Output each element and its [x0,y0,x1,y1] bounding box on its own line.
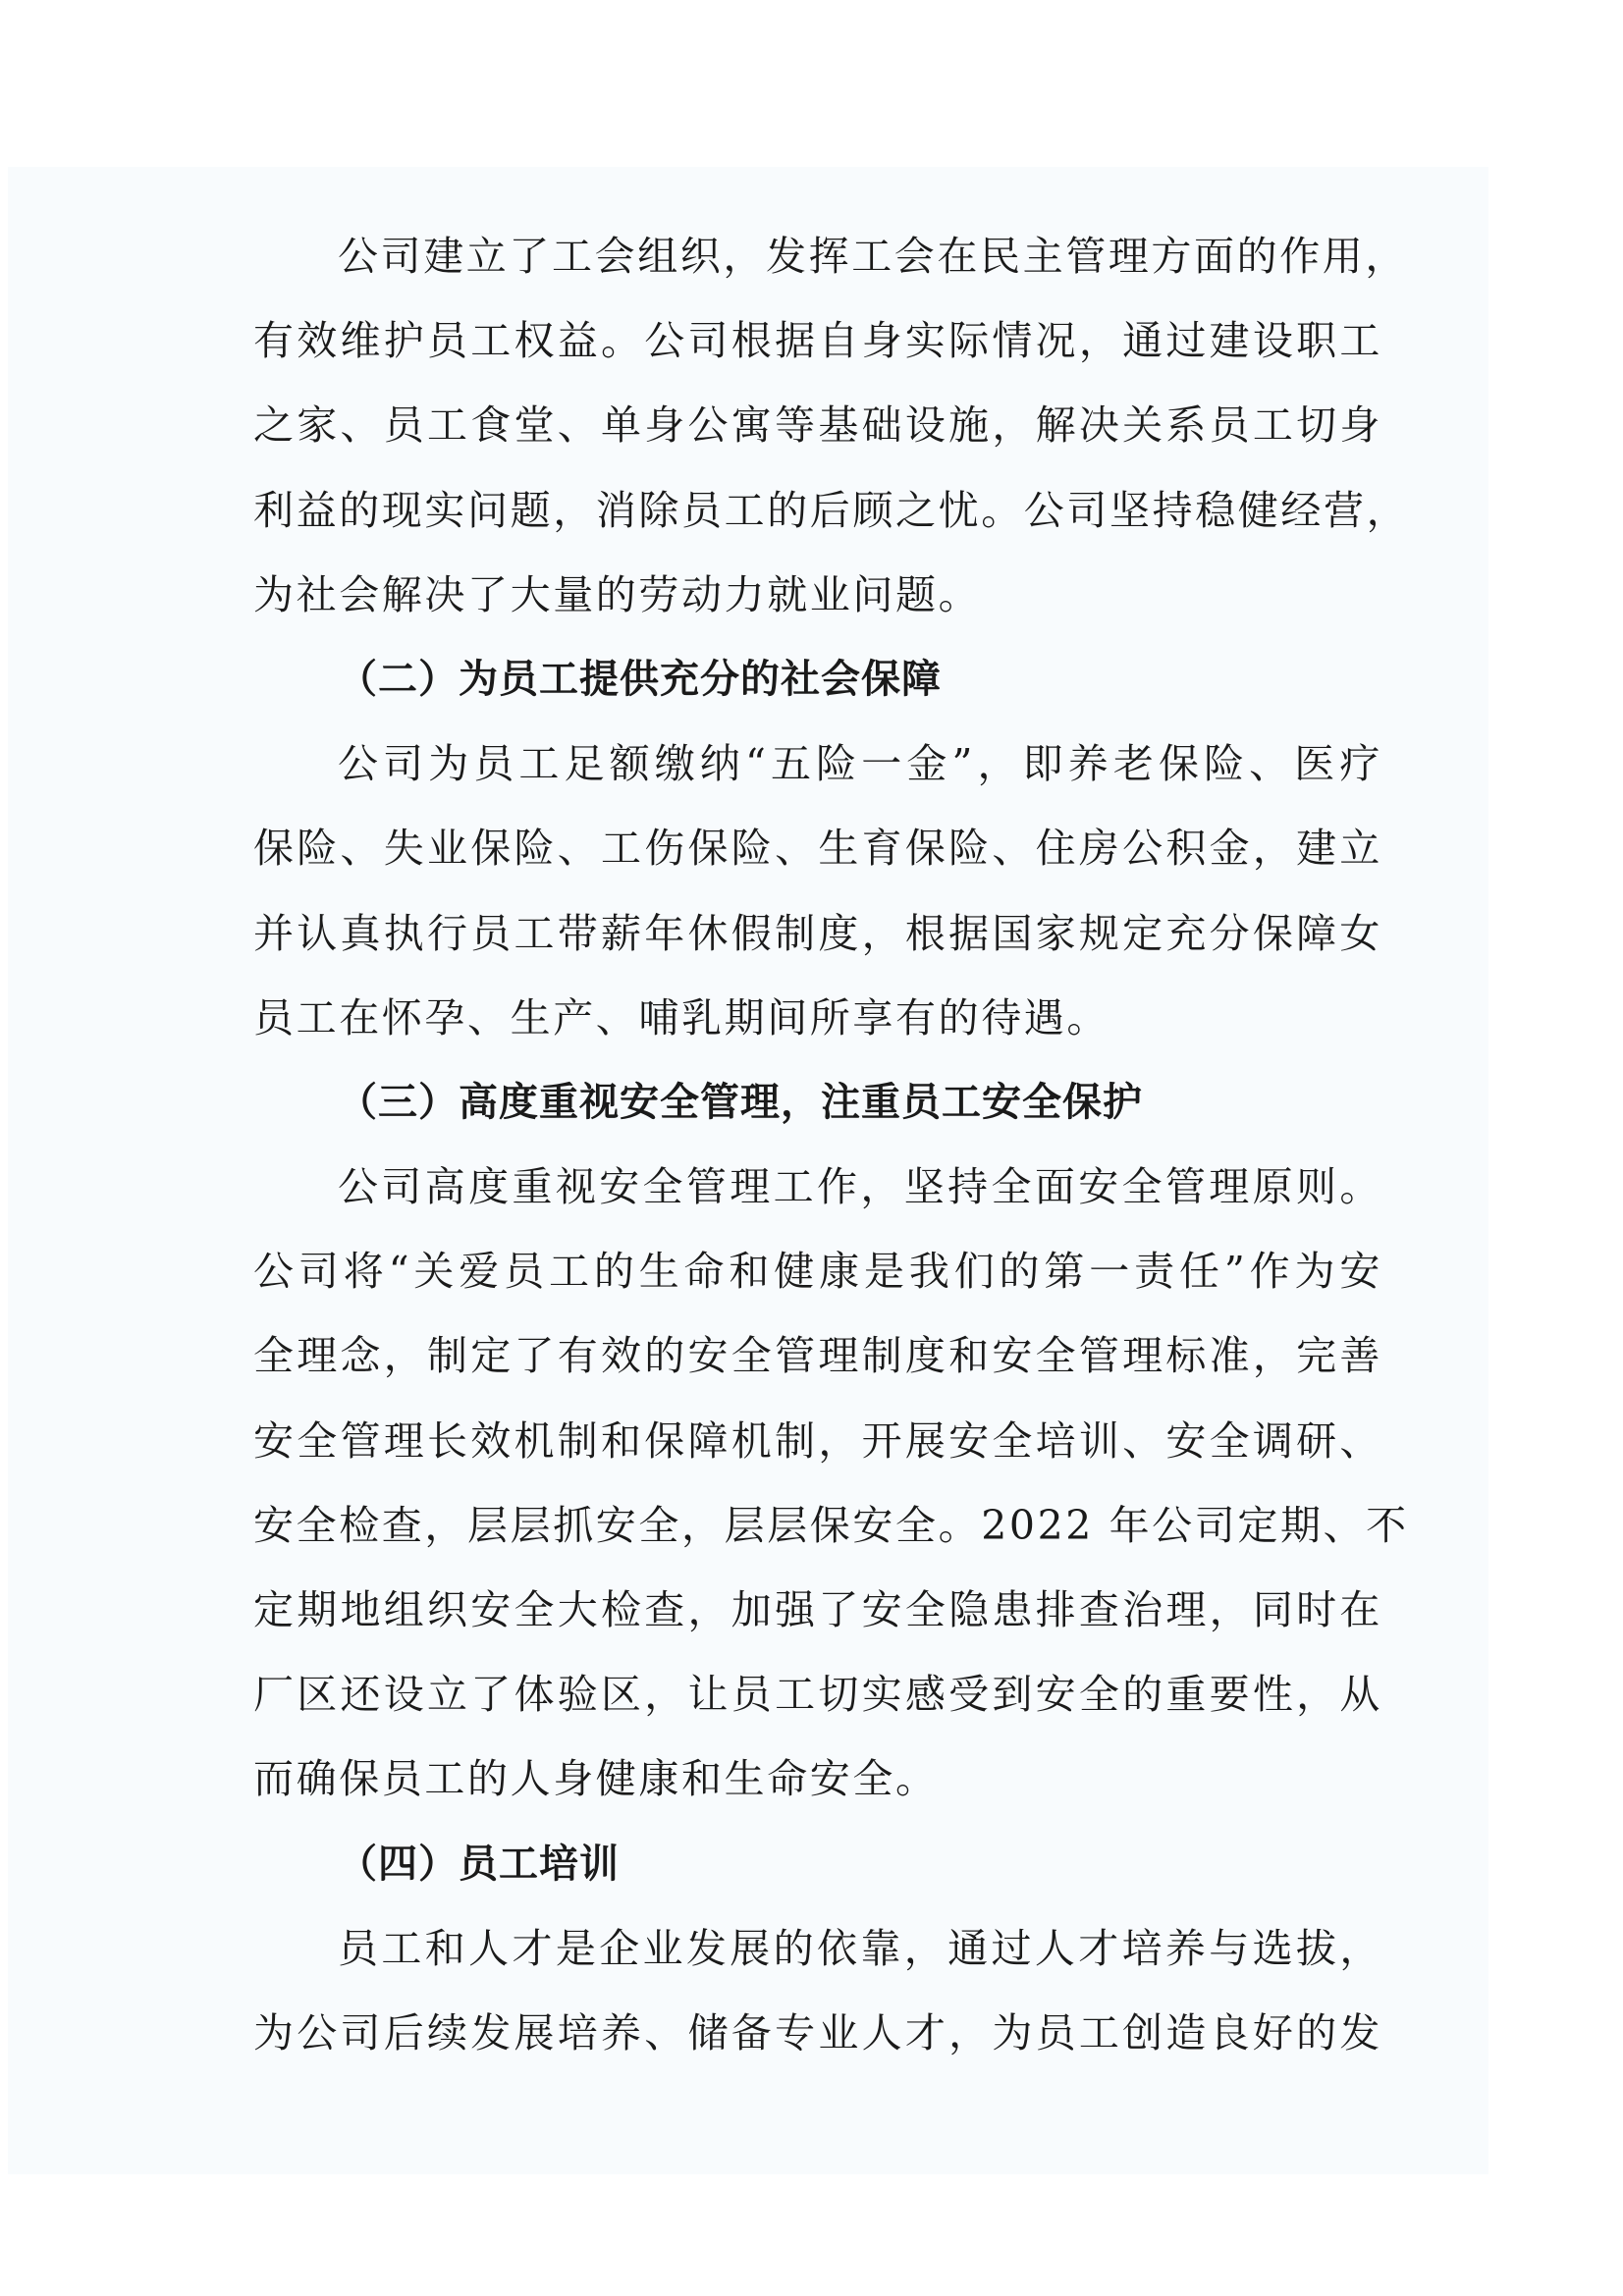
paragraph-line: 公司高度重视安全管理工作，坚持全面安全管理原则。 [253,1145,1382,1229]
document-body: 公司建立了工会组织，发挥工会在民主管理方面的作用， 有效维护员工权益。公司根据自… [253,214,1382,2075]
paragraph-line: 安全管理长效机制和保障机制，开展安全培训、安全调研、 [253,1399,1382,1483]
paragraph-line: 安全检查，层层抓安全，层层保安全。2022 年公司定期、不 [253,1483,1382,1568]
paragraph-line: 全理念，制定了有效的安全管理制度和安全管理标准，完善 [253,1313,1382,1398]
paragraph-line: 公司将“关爱员工的生命和健康是我们的第一责任”作为安 [253,1229,1382,1313]
paragraph-line: 并认真执行员工带薪年休假制度，根据国家规定充分保障女 [253,891,1382,976]
paragraph-line: 公司为员工足额缴纳“五险一金”，即养老保险、医疗 [253,721,1382,806]
paragraph-line: 员工和人才是企业发展的依靠，通过人才培养与选拔， [253,1906,1382,1991]
paragraph-line: 保险、失业保险、工伤保险、生育保险、住房公积金，建立 [253,806,1382,890]
paragraph-line: 而确保员工的人身健康和生命安全。 [253,1736,1382,1821]
paragraph-line: 为公司后续发展培养、储备专业人才，为员工创造良好的发 [253,1991,1382,2075]
paragraph-line: 为社会解决了大量的劳动力就业问题。 [253,553,1382,637]
paragraph-line: 公司建立了工会组织，发挥工会在民主管理方面的作用， [253,214,1382,298]
paragraph-line: 利益的现实问题，消除员工的后顾之忧。公司坚持稳健经营， [253,468,1382,553]
section-heading-2: （二）为员工提供充分的社会保障 [253,637,1382,721]
paragraph-line: 有效维护员工权益。公司根据自身实际情况，通过建设职工 [253,298,1382,383]
paragraph-line: 员工在怀孕、生产、哺乳期间所享有的待遇。 [253,976,1382,1060]
paragraph-line: 之家、员工食堂、单身公寓等基础设施，解决关系员工切身 [253,383,1382,467]
section-heading-3: （三）高度重视安全管理，注重员工安全保护 [253,1060,1382,1145]
paragraph-line: 厂区还设立了体验区，让员工切实感受到安全的重要性，从 [253,1652,1382,1736]
paragraph-line: 定期地组织安全大检查，加强了安全隐患排查治理，同时在 [253,1568,1382,1652]
section-heading-4: （四）员工培训 [253,1822,1382,1906]
